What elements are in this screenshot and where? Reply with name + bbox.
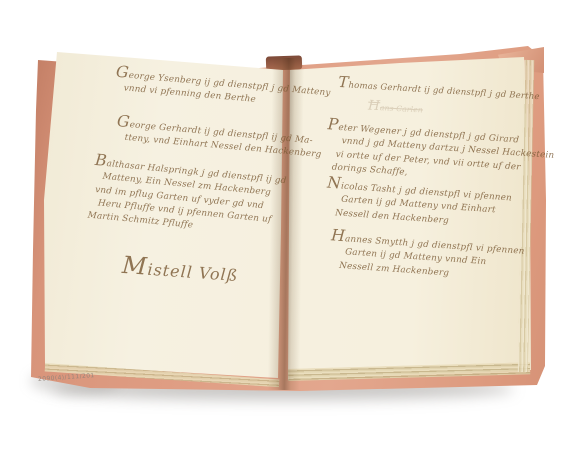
right-faded-entry: Hans Carlen — [368, 100, 424, 117]
handwriting-line: Hans Carlen — [368, 100, 424, 117]
photo-canvas: George Ysenberg ij gd dienstpfl j gd Mat… — [0, 0, 570, 451]
